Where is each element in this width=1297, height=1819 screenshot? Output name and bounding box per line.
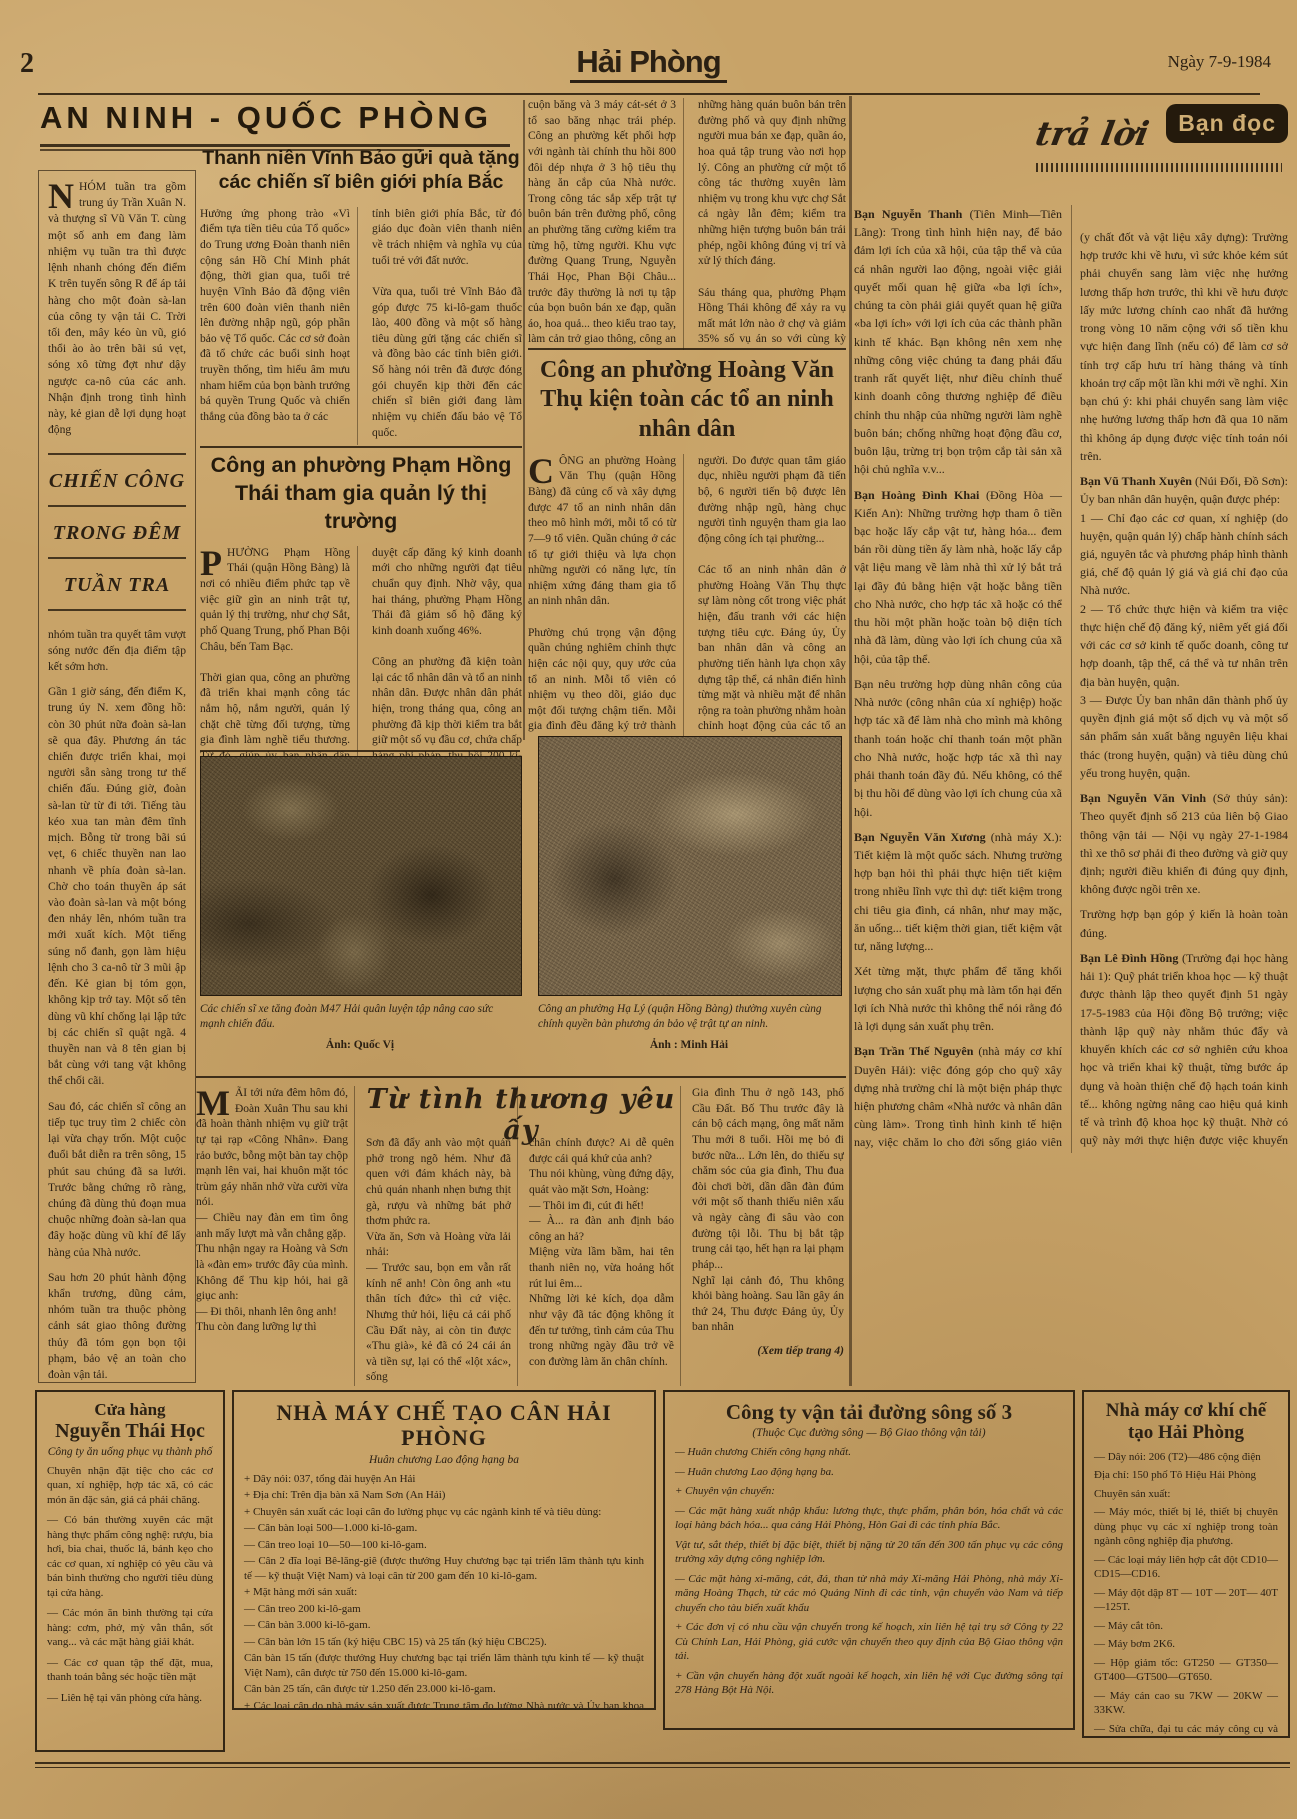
patrol-p2: nhóm tuần tra quyết tâm vượt sóng nước đ… (48, 627, 186, 676)
ad-scale-line: Cân bàn 15 tấn (được thưởng Huy chương b… (244, 1651, 644, 1680)
replies-hatch-decoration (1036, 163, 1282, 172)
vinhbao-headline: Thanh niên Vĩnh Bảo gửi quà tặng các chi… (200, 146, 522, 195)
replies-box-label: Bạn đọc (1166, 104, 1288, 143)
ad-scale-line: — Cân bàn 3.000 ki-lô-gam. (244, 1618, 644, 1633)
reply-item: (y chất đốt và vật liệu xây dựng): Trườn… (1080, 228, 1288, 465)
ad-scale-line: + Các loại cân do nhà máy sản xuất được … (244, 1699, 644, 1710)
vinhbao-col2: tỉnh biên giới phía Bắc, từ đó giáo dục … (372, 207, 522, 445)
pht-col1: PHƯỜNG Phạm Hồng Thái (quận Hồng Bàng) l… (200, 546, 358, 764)
ad-transport-title: Công ty vận tải đường sông số 3 (675, 1400, 1063, 1424)
story-col4-text: Gia đình Thu ở ngõ 143, phố Cầu Đất. Bố … (692, 1087, 844, 1333)
ad-scale-line: — Cân 2 đĩa loại Bê-lăng-giê (được thưởn… (244, 1554, 644, 1583)
story-col1-text: ÃI tới nửa đêm hôm đó, Đoàn Xuân Thu sau… (196, 1087, 348, 1333)
divider-pht (200, 446, 522, 448)
headline-line: TRONG ĐÊM (48, 507, 186, 559)
reply-item: Bạn Trần Thế Nguyên (nhà máy cơ khí Duyê… (854, 1042, 1062, 1153)
headline-line: CHIẾN CÔNG (48, 455, 186, 507)
replies-col1: Bạn Nguyễn Thanh (Tiên Minh—Tiên Lãng): … (854, 205, 1072, 1153)
ad-mech-line: — Các loại máy liên hợp cắt đột CD10—CD1… (1094, 1553, 1278, 1582)
dateline: Ngày 7-9-1984 (1168, 52, 1271, 72)
ad-scale-line: — Cân bàn loại 500—1.000 ki-lô-gam. (244, 1521, 644, 1536)
photo-ha-ly-police (538, 736, 842, 996)
article-vinh-bao: Thanh niên Vĩnh Bảo gửi quà tặng các chi… (200, 146, 522, 445)
reply-item: Bạn nêu trường hợp dùng nhân công của Nh… (854, 675, 1062, 821)
ad-mech-title: Nhà máy cơ khí chế tạo Hải Phòng (1094, 1400, 1278, 1444)
footer-rule-bottom (35, 1767, 1290, 1768)
reply-reader-name: Bạn Nguyễn Văn Vinh (1080, 791, 1213, 805)
replies-logo: trả lời Bạn đọc (1036, 98, 1288, 172)
ad-transport-line: — Các mặt hàng xi-măng, cát, đá, than từ… (675, 1572, 1063, 1616)
ad-mech-line: — Máy cắt tôn. (1094, 1619, 1278, 1634)
reply-reader-name: Bạn Nguyễn Văn Xương (854, 830, 991, 844)
ad-mech-line: — Sửa chữa, đại tu các máy công cụ và cá… (1094, 1722, 1278, 1738)
article-night-patrol: NHÓM tuần tra gồm trung úy Trần Xuân N. … (38, 170, 196, 1383)
advertisements-row: Cửa hàng Nguyễn Thái Học Công ty ăn uống… (35, 1390, 1290, 1752)
credit-right: Ảnh : Minh Hải (538, 1038, 840, 1054)
continued-note: (Xem tiếp trang 4) (692, 1344, 844, 1360)
ad-nha-may-co-khi-che-tao: Nhà máy cơ khí chế tạo Hải Phòng — Dây n… (1082, 1390, 1290, 1738)
ad-shop-title1: Cửa hàng (47, 1400, 213, 1420)
ad-shop-subtitle: Công ty ăn uống phục vụ thành phố (47, 1446, 213, 1458)
vrule-middle (523, 100, 525, 740)
patrol-intro: NHÓM tuần tra gồm trung úy Trần Xuân N. … (48, 179, 186, 439)
patrol-p5: Sau hơn 20 phút hành động khẩn trương, d… (48, 1270, 186, 1383)
ad-nha-may-che-tao-can: NHÀ MÁY CHẾ TẠO CÂN HẢI PHÒNG Huân chươn… (232, 1390, 656, 1710)
ad-scale-title: NHÀ MÁY CHẾ TẠO CÂN HẢI PHÒNG (244, 1400, 644, 1451)
caption-left: Các chiến sĩ xe tăng đoàn M47 Hải quân l… (200, 1002, 520, 1053)
ad-mech-line: Chuyên sản xuất: (1094, 1487, 1278, 1502)
ad-cong-ty-van-tai-duong-song-3: Công ty vận tải đường sông số 3 (Thuộc C… (663, 1390, 1075, 1730)
caption-right-text: Công an phường Hạ Lý (quận Hồng Bàng) th… (538, 1003, 822, 1030)
reply-reader-name: Bạn Trần Thế Nguyên (854, 1044, 978, 1058)
masthead: Hải Phòng (0, 44, 1297, 80)
ad-shop-paragraph: Chuyên nhận đặt tiệc cho các cơ quan, xí… (47, 1464, 213, 1508)
newspaper-page: 2 Hải Phòng Ngày 7-9-1984 AN NINH - QUỐC… (0, 0, 1297, 1819)
hvt-col1: CÔNG an phường Hoàng Văn Thụ (quận Hồng … (528, 454, 684, 736)
headline-line: TUẦN TRA (48, 559, 186, 611)
reply-text: (nhà máy cơ khí Duyên Hải): việc đóng gó… (854, 1044, 1062, 1153)
dropcap-n: N (48, 182, 74, 210)
reply-item: Trường hợp bạn góp ý kiến là hoàn toàn đ… (1080, 905, 1288, 941)
ad-shop-body: Chuyên nhận đặt tiệc cho các cơ quan, xí… (47, 1464, 213, 1706)
dropcap-p: P (200, 549, 222, 577)
article-market-continuation: cuộn băng và 3 máy cát-sét ở 3 tổ sao bă… (528, 98, 846, 350)
footer-rule-top (35, 1762, 1290, 1764)
reply-text: (y chất đốt và vật liệu xây dựng): Trườn… (1080, 230, 1288, 463)
reply-item: Bạn Nguyễn Văn Xương (nhà máy X.): Tiết … (854, 828, 1062, 956)
reply-reader-name: Bạn Nguyễn Thanh (854, 207, 970, 221)
divider-hvt (528, 348, 846, 350)
vrule-replies (849, 96, 852, 1386)
article-hoang-van-thu: Công an phường Hoàng Văn Thụ kiện toàn c… (528, 356, 846, 736)
reply-item: Bạn Vũ Thanh Xuyên (Núi Đối, Đồ Sơn): Ủy… (1080, 472, 1288, 782)
ad-transport-line: — Huân chương Lao động hạng ba. (675, 1465, 1063, 1480)
caption-left-text: Các chiến sĩ xe tăng đoàn M47 Hải quân l… (200, 1003, 493, 1030)
patrol-p1: HÓM tuần tra gồm trung úy Trần Xuân N. v… (48, 180, 186, 436)
ad-shop-title2: Nguyễn Thái Học (47, 1420, 213, 1443)
reply-text: (Sở thủy sản): Theo quyết định số 213 củ… (1080, 791, 1288, 896)
hvt-headline: Công an phường Hoàng Văn Thụ kiện toàn c… (528, 356, 846, 444)
ad-scale-line: + Địa chỉ: Trên địa bàn xã Nam Sơn (An H… (244, 1488, 644, 1503)
reply-text: (Đồng Hòa — Kiến An): Những trường hợp t… (854, 488, 1062, 666)
hvt-col1-text: ÔNG an phường Hoàng Văn Thụ (quận Hồng B… (528, 455, 676, 736)
reply-reader-name: Bạn Lê Đình Hồng (1080, 951, 1182, 965)
ad-transport-line: — Huân chương Chiến công hạng nhất. (675, 1445, 1063, 1460)
replies-section: trả lời Bạn đọc Bạn Nguyễn Thanh (Tiên M… (854, 96, 1290, 1162)
replies-col2: (y chất đốt và vật liệu xây dựng): Trườn… (1080, 228, 1288, 1148)
pht-col1-text: HƯỜNG Phạm Hồng Thái (quận Hồng Bàng) là… (200, 547, 350, 764)
divider-photo-left (200, 750, 520, 752)
ad-scale-line: — Cân treo 200 ki-lô-gam (244, 1602, 644, 1617)
reply-text: Xét từng mặt, thực phẩm để tăng khối lượ… (854, 964, 1062, 1033)
ad-transport-body: — Huân chương Chiến công hạng nhất.— Huâ… (675, 1445, 1063, 1698)
dropcap-c: C (528, 457, 554, 485)
catset-col1: cuộn băng và 3 máy cát-sét ở 3 tổ sao bă… (528, 98, 684, 350)
pht-headline: Công an phường Phạm Hồng Thái tham gia q… (200, 452, 522, 536)
ad-scale-line: + Chuyên sản xuất các loại cân đo lường … (244, 1505, 644, 1520)
ad-mech-line: — Hộp giảm tốc: GT250 — GT350— GT400—GT5… (1094, 1656, 1278, 1685)
hvt-col2: người. Do được quan tâm giáo dục, nhiều … (698, 454, 846, 736)
credit-left: Ảnh: Quốc Vị (200, 1038, 520, 1054)
ad-shop-paragraph: — Các món ăn bình thường tại cửa hàng: c… (47, 1606, 213, 1650)
ad-scale-line: + Dây nói: 037, tổng đài huyện An Hải (244, 1472, 644, 1487)
pht-col2: duyệt cấp đăng ký kinh doanh mới cho nhữ… (372, 546, 522, 764)
reply-item: Bạn Nguyễn Văn Vinh (Sở thủy sản): Theo … (1080, 789, 1288, 898)
ad-mech-line: — Máy móc, thiết bị lẻ, thiết bị chuyên … (1094, 1505, 1278, 1549)
ad-mech-line: — Máy đột dập 8T — 10T — 20T— 40T—125T. (1094, 1586, 1278, 1615)
reply-item: Bạn Nguyễn Thanh (Tiên Minh—Tiên Lãng): … (854, 205, 1062, 479)
divider-story (196, 1076, 846, 1078)
reply-reader-name: Bạn Hoàng Đình Khai (854, 488, 986, 502)
patrol-p4: Sau đó, các chiến sĩ công an tiếp tục tr… (48, 1099, 186, 1261)
reply-item: Bạn Hoàng Đình Khai (Đồng Hòa — Kiến An)… (854, 486, 1062, 668)
story-headline: Từ tình thương yêu ấy (346, 1084, 696, 1146)
section-title: AN NINH - QUỐC PHÒNG (40, 100, 510, 147)
reply-reader-name: Bạn Vũ Thanh Xuyên (1080, 474, 1195, 488)
reply-text: Bạn nêu trường hợp dùng nhân công của Nh… (854, 677, 1062, 819)
reply-item: Bạn Lê Đình Hồng (Trường đại học hàng hả… (1080, 949, 1288, 1148)
ad-mech-line: — Máy cán cao su 7KW — 20KW — 33KW. (1094, 1689, 1278, 1718)
ad-mech-body: — Dây nói: 206 (T2)—486 cộng điệnĐịa chỉ… (1094, 1450, 1278, 1738)
reply-text: (Núi Đối, Đồ Sơn): Ủy ban nhân dân huyện… (1080, 474, 1288, 780)
reply-text: (Trường đại học hàng hải 1): Quỹ phát tr… (1080, 951, 1288, 1148)
masthead-title: Hải Phòng (570, 44, 726, 83)
ad-scale-award: Huân chương Lao động hạng ba (244, 1454, 644, 1466)
dropcap-m: M (196, 1089, 230, 1117)
hvt-col2-text: người. Do được quan tâm giáo dục, nhiều … (698, 455, 846, 736)
ad-scale-line: + Mặt hàng mới sản xuất: (244, 1585, 644, 1600)
ad-mech-line: — Dây nói: 206 (T2)—486 cộng điện (1094, 1450, 1278, 1465)
article-story: Từ tình thương yêu ấy MÃI tới nửa đêm hô… (196, 1086, 846, 1386)
ad-scale-body: + Dây nói: 037, tổng đài huyện An Hải+ Đ… (244, 1472, 644, 1710)
ad-shop-paragraph: — Liên hệ tại văn phòng cửa hàng. (47, 1691, 213, 1706)
caption-right: Công an phường Hạ Lý (quận Hồng Bàng) th… (538, 1002, 840, 1053)
photo-navy-tanks (200, 756, 522, 996)
ad-shop-paragraph: — Có bán thường xuyên các mặt hàng thực … (47, 1513, 213, 1600)
ad-transport-line: + Chuyên vận chuyển: (675, 1484, 1063, 1499)
header-rule (38, 93, 1260, 95)
patrol-p3: Gần 1 giờ sáng, đến điểm K, trung úy N. … (48, 684, 186, 1089)
reply-text: (nhà máy X.): Tiết kiệm là một quốc sách… (854, 830, 1062, 953)
ad-transport-line: Vật tư, sắt thép, thiết bị đặc biệt, thi… (675, 1538, 1063, 1567)
ad-scale-line: — Cân treo loại 10—50—100 ki-lô-gam. (244, 1538, 644, 1553)
ad-scale-line: — Cân bàn lớn 15 tấn (ký hiệu CBC 15) và… (244, 1635, 644, 1650)
article-pham-hong-thai: Công an phường Phạm Hồng Thái tham gia q… (200, 452, 522, 764)
ad-transport-line: + Cần vận chuyển hàng đột xuất ngoài kế … (675, 1669, 1063, 1698)
replies-script-label: trả lời (1033, 114, 1152, 153)
reply-text: Trường hợp bạn góp ý kiến là hoàn toàn đ… (1080, 907, 1288, 939)
catset-col2: những hàng quán buôn bán trên đường phố … (698, 98, 846, 350)
ad-scale-line: Cân bàn 25 tấn, cân được từ 1.250 đến 23… (244, 1682, 644, 1697)
vinhbao-col1: Hưởng ứng phong trào «Vì điểm tựa tiền t… (200, 207, 358, 445)
story-col4: Gia đình Thu ở ngõ 143, phố Cầu Đất. Bố … (692, 1086, 844, 1386)
ad-cua-hang-nguyen-thai-hoc: Cửa hàng Nguyễn Thái Học Công ty ăn uống… (35, 1390, 225, 1752)
headline-chien-cong: CHIẾN CÔNGTRONG ĐÊMTUẦN TRA (48, 453, 186, 611)
ad-shop-paragraph: — Các cơ quan tập thể đặt, mua, thanh to… (47, 1656, 213, 1685)
ad-transport-line: + Các đơn vị có nhu cầu vận chuyển trong… (675, 1620, 1063, 1664)
ad-mech-line: — Máy bơm 2K6. (1094, 1637, 1278, 1652)
ad-transport-line: — Các mặt hàng xuất nhập khẩu: lương thự… (675, 1504, 1063, 1533)
reply-item: Xét từng mặt, thực phẩm để tăng khối lượ… (854, 962, 1062, 1035)
story-col1: MÃI tới nửa đêm hôm đó, Đoàn Xuân Thu sa… (196, 1086, 355, 1386)
ad-transport-subtitle: (Thuộc Cục đường sông — Bộ Giao thông vậ… (675, 1427, 1063, 1439)
reply-text: (Tiên Minh—Tiên Lãng): Trong tình hình h… (854, 207, 1062, 476)
ad-mech-line: Địa chỉ: 150 phố Tô Hiệu Hải Phòng (1094, 1468, 1278, 1483)
catset-col2-text: những hàng quán buôn bán trên đường phố … (698, 99, 846, 350)
